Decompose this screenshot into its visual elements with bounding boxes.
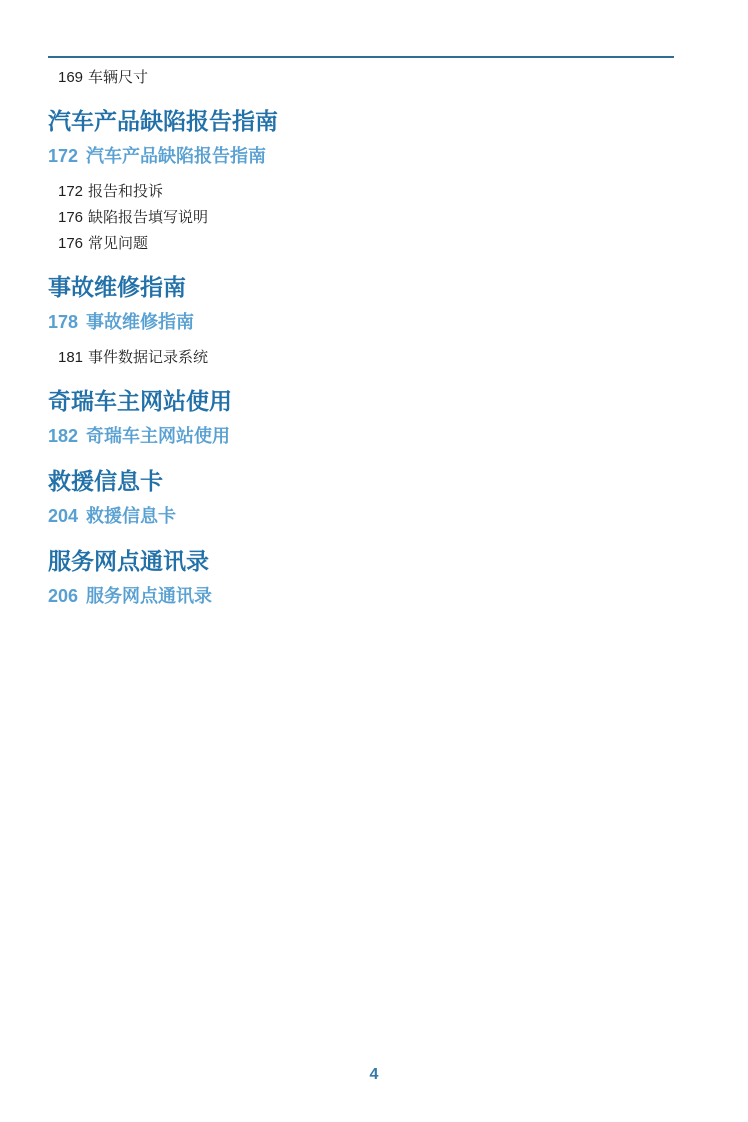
- toc-link[interactable]: 178事故维修指南: [48, 310, 674, 334]
- toc-link-label: 汽车产品缺陷报告指南: [86, 146, 266, 166]
- toc-item[interactable]: 169车辆尺寸: [58, 68, 674, 88]
- toc-item[interactable]: 176缺陷报告填写说明: [58, 208, 674, 228]
- toc-item[interactable]: 176常见问题: [58, 234, 674, 254]
- toc-link[interactable]: 172汽车产品缺陷报告指南: [48, 144, 674, 168]
- section-title[interactable]: 服务网点通讯录: [48, 546, 674, 576]
- toc-link-label: 奇瑞车主网站使用: [86, 426, 230, 446]
- toc-item-label: 车辆尺寸: [88, 69, 148, 86]
- toc-item-page-number: 172: [58, 183, 83, 200]
- toc-item-label: 缺陷报告填写说明: [88, 209, 208, 226]
- section-title[interactable]: 事故维修指南: [48, 272, 674, 302]
- section-title[interactable]: 奇瑞车主网站使用: [48, 386, 674, 416]
- toc-item[interactable]: 172报告和投诉: [58, 182, 674, 202]
- toc-link-label: 服务网点通讯录: [86, 586, 212, 606]
- toc-item-label: 常见问题: [88, 235, 148, 252]
- toc-item-page-number: 176: [58, 235, 83, 252]
- toc-link-page-number: 206: [48, 586, 78, 606]
- section-title[interactable]: 救援信息卡: [48, 466, 674, 496]
- toc-link[interactable]: 206服务网点通讯录: [48, 584, 674, 608]
- toc-link-label: 事故维修指南: [86, 312, 194, 332]
- toc-item-page-number: 181: [58, 349, 83, 366]
- toc-link-page-number: 204: [48, 506, 78, 526]
- toc-link-page-number: 172: [48, 146, 78, 166]
- top-divider: [48, 56, 674, 58]
- toc-item[interactable]: 181事件数据记录系统: [58, 348, 674, 368]
- section-title[interactable]: 汽车产品缺陷报告指南: [48, 106, 674, 136]
- toc-link-page-number: 182: [48, 426, 78, 446]
- toc-item-label: 报告和投诉: [88, 183, 163, 200]
- toc-item-page-number: 169: [58, 69, 83, 86]
- page-number: 4: [0, 1066, 748, 1084]
- toc-content: 169车辆尺寸 汽车产品缺陷报告指南 172汽车产品缺陷报告指南 172报告和投…: [0, 0, 748, 608]
- toc-link-page-number: 178: [48, 312, 78, 332]
- toc-link[interactable]: 182奇瑞车主网站使用: [48, 424, 674, 448]
- toc-link[interactable]: 204救援信息卡: [48, 504, 674, 528]
- toc-item-label: 事件数据记录系统: [88, 349, 208, 366]
- toc-item-page-number: 176: [58, 209, 83, 226]
- document-page: 169车辆尺寸 汽车产品缺陷报告指南 172汽车产品缺陷报告指南 172报告和投…: [0, 0, 748, 1122]
- toc-link-label: 救援信息卡: [86, 506, 176, 526]
